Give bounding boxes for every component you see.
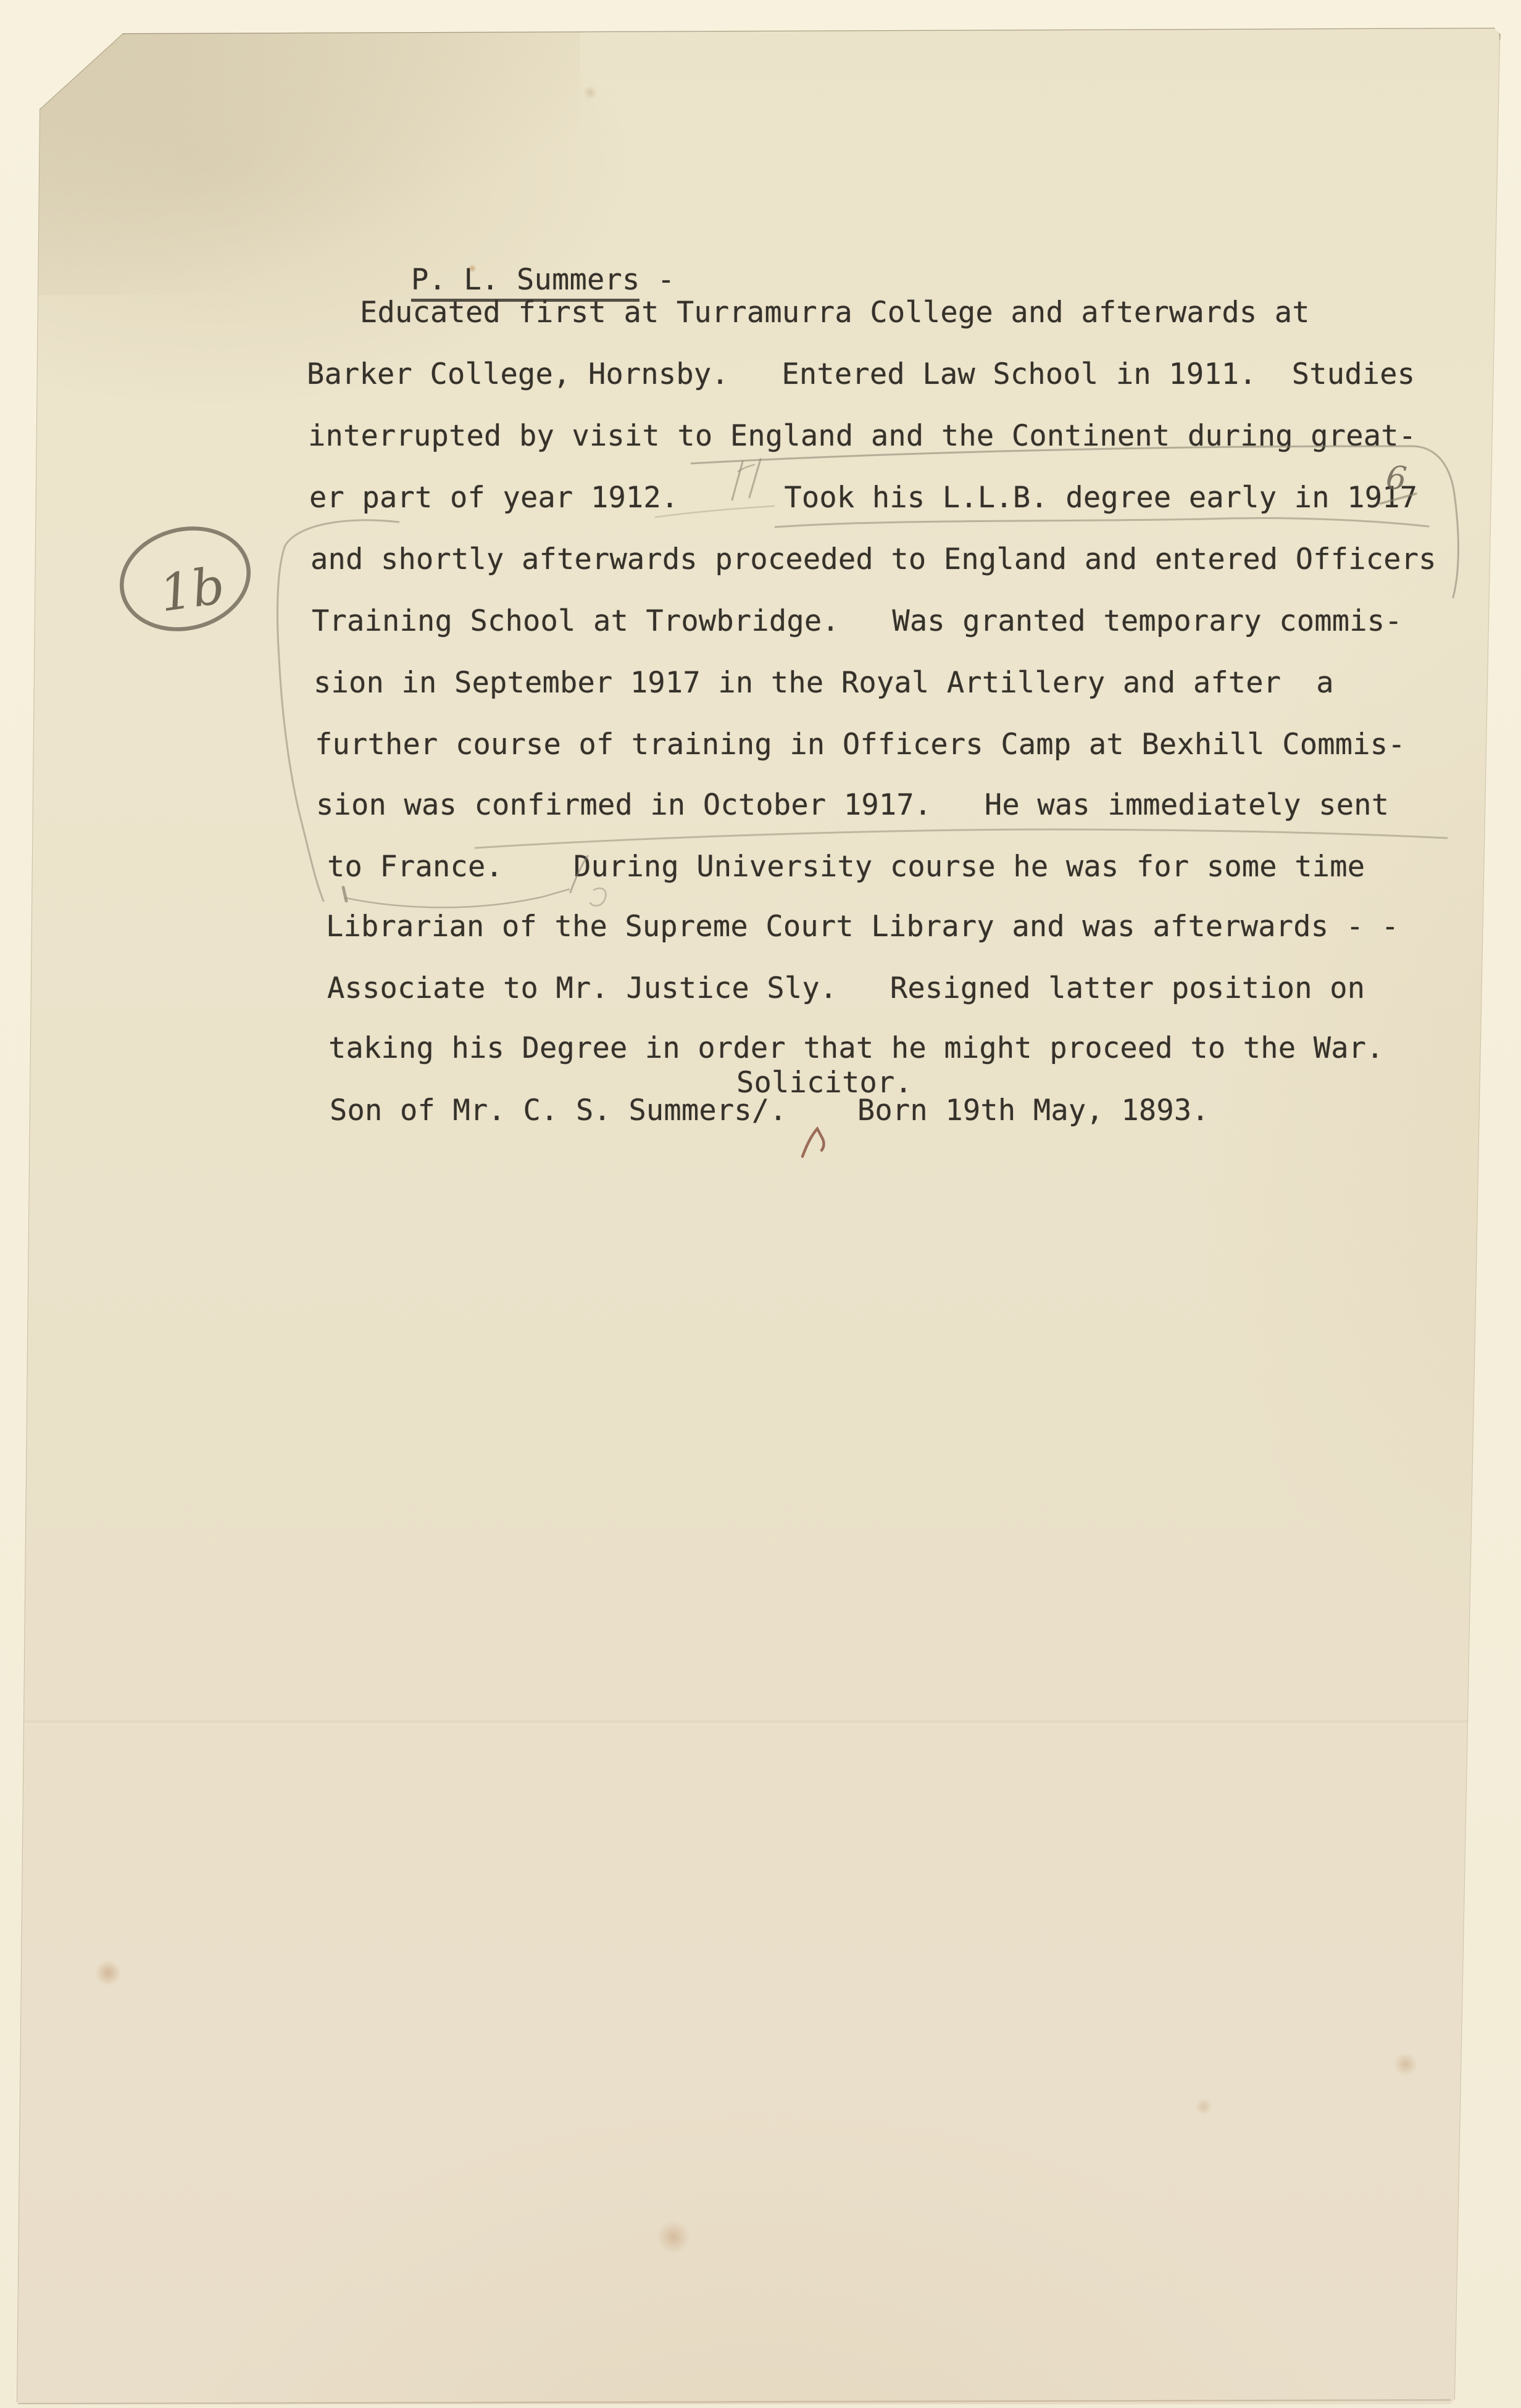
scan-backdrop: P. L. Summers - Educated first at Turram…	[0, 0, 1521, 2408]
typed-line: Educated first at Turramurra College and…	[360, 298, 1310, 327]
heading-dash: -	[640, 263, 675, 297]
pencil-insert-tick	[738, 465, 754, 471]
typed-line: further course of training in Officers C…	[315, 730, 1406, 759]
typed-line: Librarian of the Supreme Court Library a…	[326, 912, 1399, 941]
red-caret	[802, 1129, 823, 1156]
typed-line: sion was confirmed in October 1917. He w…	[316, 791, 1389, 820]
pencil-left-bracket	[277, 520, 399, 901]
typed-line: interrupted by visit to England and the …	[308, 421, 1416, 450]
paper-stain	[657, 2220, 690, 2254]
typed-line: sion in September 1917 in the Royal Arti…	[314, 668, 1334, 697]
typed-line: and shortly afterwards proceeded to Engl…	[310, 545, 1436, 574]
typed-line: Training School at Trowbridge. Was grant…	[312, 607, 1402, 636]
pencil-right-hook	[1492, 779, 1501, 816]
margin-label-1b: 1b	[156, 557, 228, 624]
paper-stain	[95, 1960, 121, 1986]
typed-line: Associate to Mr. Justice Sly. Resigned l…	[327, 974, 1365, 1003]
paper-stain	[583, 85, 598, 100]
pencil-underline-degree	[775, 518, 1428, 527]
typed-line: er part of year 1912. Took his L.L.B. de…	[309, 483, 1417, 512]
paper-stain	[1195, 2098, 1212, 2115]
pencil-tick	[343, 887, 346, 901]
pencil-scoop-under-france	[346, 889, 569, 908]
typed-line: to France. During University course he w…	[327, 852, 1365, 881]
margin-circle	[111, 515, 260, 642]
typed-line: Barker College, Hornsby. Entered Law Sch…	[307, 360, 1415, 389]
pencil-underline-sent	[475, 829, 1447, 848]
typed-line: taking his Degree in order that he might…	[328, 1034, 1384, 1063]
pencil-hook	[590, 888, 606, 905]
document-page: P. L. Summers - Educated first at Turram…	[0, 0, 1521, 2408]
paper-stain	[1394, 2053, 1417, 2076]
inserted-word-solicitor: Solicitor.	[736, 1068, 912, 1097]
fold-line	[0, 1721, 1521, 1725]
typed-line: Son of Mr. C. S. Summers/. Born 19th May…	[330, 1096, 1209, 1125]
